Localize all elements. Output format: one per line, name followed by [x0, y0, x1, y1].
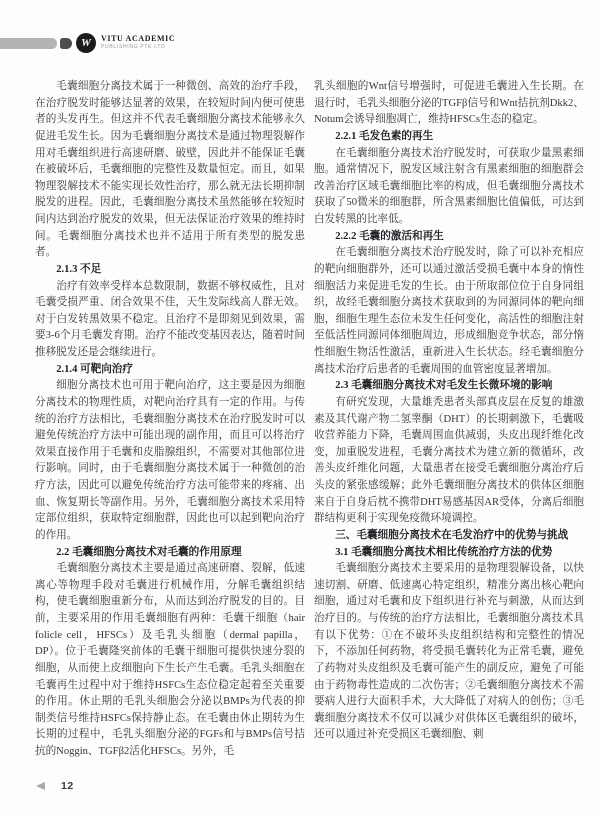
section-heading: 2.2.1 毛发色素的再生: [314, 129, 584, 146]
header-bar: [0, 38, 57, 49]
paragraph: 在毛囊细胞分离技术治疗脱发时，除了可以补充相应的靶向细胞群外，还可以通过激活受损…: [314, 245, 584, 378]
document-page: W VITU ACADEMIC PUBLISHING PTE LTD 毛囊细胞分…: [0, 0, 600, 816]
paragraph: 治疗有效率受样本总数限制，数据不够权威性，且对毛囊受损严重、闭合效果不佳，天生发…: [35, 279, 305, 362]
left-column: 毛囊细胞分离技术属于一种微创、高效的治疗手段，在治疗脱发时能够达显著的效果，在较…: [35, 79, 305, 761]
section-heading: 2.1.4 可靶向治疗: [35, 362, 305, 379]
right-column: 乳头细胞的Wnt信号增强时，可促进毛囊进入生长期。在退行时，毛乳头细胞分泌的TG…: [314, 79, 584, 761]
publisher-logo-icon: W: [76, 33, 96, 53]
page-footer: 12: [36, 780, 74, 792]
paragraph: 乳头细胞的Wnt信号增强时，可促进毛囊进入生长期。在退行时，毛乳头细胞分泌的TG…: [314, 79, 584, 129]
section-heading: 2.2 毛囊细胞分离技术对毛囊的作用原理: [35, 545, 305, 562]
paragraph: 毛囊细胞分离技术主要是通过高速研磨、裂解，低速离心等物理手段对毛囊进行机械作用，…: [35, 561, 305, 761]
publisher-name: VITU ACADEMIC: [101, 35, 175, 44]
page-header: W VITU ACADEMIC PUBLISHING PTE LTD: [0, 0, 600, 64]
publisher-logo: W VITU ACADEMIC PUBLISHING PTE LTD: [76, 33, 175, 53]
paragraph: 有研究发现，大量雄秃患者头部真皮层在反复的雄激素及其代谢产物二氢睾酮（DHT）的…: [314, 395, 584, 528]
publisher-monogram: W: [81, 37, 91, 49]
publisher-subtitle: PUBLISHING PTE LTD: [101, 45, 175, 51]
section-heading: 三、毛囊细胞分离技术在毛发治疗中的优势与挑战: [314, 528, 584, 545]
section-heading: 2.2.2 毛囊的激活和再生: [314, 229, 584, 246]
publisher-logo-text: VITU ACADEMIC PUBLISHING PTE LTD: [101, 35, 175, 50]
header-bar-cap: [60, 38, 72, 49]
article-body: 毛囊细胞分离技术属于一种微创、高效的治疗手段，在治疗脱发时能够达显著的效果，在较…: [35, 79, 583, 761]
paragraph: 细胞分离技术也可用于靶向治疗，这主要是因为细胞分离技术的物理性质，对靶向治疗具有…: [35, 378, 305, 544]
section-heading: 2.1.3 不足: [35, 262, 305, 279]
page-number: 12: [61, 780, 74, 792]
paragraph: 毛囊细胞分离技术属于一种微创、高效的治疗手段，在治疗脱发时能够达显著的效果，在较…: [35, 79, 305, 262]
paragraph: 毛囊细胞分离技术主要采用的是物理裂解设备，以快速切割、研磨、低速离心特定组织，精…: [314, 561, 584, 744]
section-heading: 3.1 毛囊细胞分离技术相比传统治疗方法的优势: [314, 545, 584, 562]
section-heading: 2.3 毛囊细胞分离技术对毛发生长微环境的影响: [314, 378, 584, 395]
footer-arrow-icon: [36, 782, 45, 790]
paragraph: 在毛囊细胞分离技术治疗脱发时，可获取少量黑素细胞。通常情况下，脱发区域注射含有黑…: [314, 146, 584, 229]
